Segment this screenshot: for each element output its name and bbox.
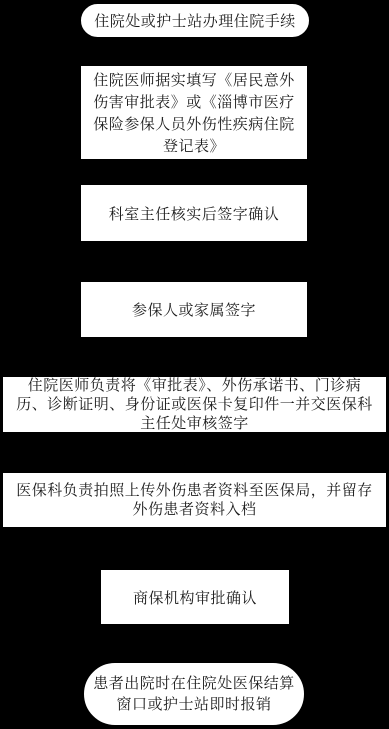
flow-node-submit-materials-label: 住院医师负责将《审批表》、外伤承诺书、门诊病 历、诊断证明、身份证或医保卡复印件… [16, 376, 373, 433]
flow-node-end-terminator: 患者出院时在住院处医保结算 窗口或护士站即时报销 [83, 662, 305, 726]
flow-node-start-terminator: 住院处或护士站办理住院手续 [80, 3, 310, 38]
flow-node-photo-upload-archive: 医保科负责拍照上传外伤患者资料至医保局，并留存 外伤患者资料入档 [2, 472, 387, 528]
flow-node-fill-approval-form: 住院医师据实填写《居民意外 伤害审批表》或《淄博市医疗 保险参保人员外伤性疾病住… [80, 65, 308, 160]
flow-node-fill-approval-form-label: 住院医师据实填写《居民意外 伤害审批表》或《淄博市医疗 保险参保人员外伤性疾病住… [93, 69, 295, 157]
flow-node-insured-or-family-sign: 参保人或家属签字 [80, 281, 308, 338]
flow-node-end-label: 患者出院时在住院处医保结算 窗口或护士站即时报销 [93, 673, 295, 715]
flow-node-dept-director-confirm: 科室主任核实后签字确认 [80, 184, 308, 242]
flow-node-start-label: 住院处或护士站办理住院手续 [94, 10, 296, 31]
flow-node-submit-materials: 住院医师负责将《审批表》、外伤承诺书、门诊病 历、诊断证明、身份证或医保卡复印件… [2, 376, 387, 433]
flow-node-photo-upload-archive-label: 医保科负责拍照上传外伤患者资料至医保局，并留存 外伤患者资料入档 [16, 481, 373, 519]
flow-node-commercial-insurance-approval: 商保机构审批确认 [100, 569, 290, 625]
flow-node-dept-director-confirm-label: 科室主任核实后签字确认 [109, 203, 280, 224]
flow-node-insured-or-family-sign-label: 参保人或家属签字 [132, 299, 256, 320]
flowchart-canvas: 住院处或护士站办理住院手续 住院医师据实填写《居民意外 伤害审批表》或《淄博市医… [0, 0, 389, 729]
flow-node-commercial-insurance-approval-label: 商保机构审批确认 [133, 587, 257, 608]
